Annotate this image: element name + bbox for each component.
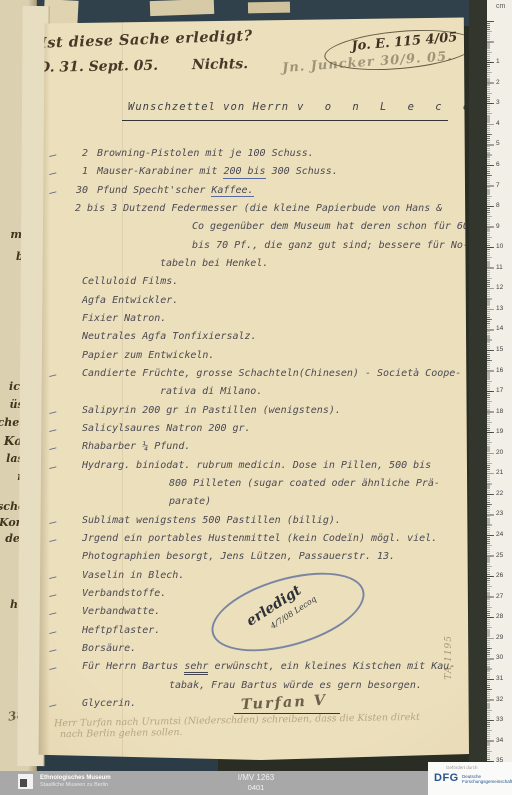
ruler-number: 5: [496, 140, 500, 147]
ruler-number: 28: [496, 613, 503, 620]
archive-footer-bar: Ethnologisches Museum Staatliche Museen …: [0, 771, 512, 795]
check-dash-mark: —: [47, 697, 57, 712]
ruler-cm-ticks: [487, 21, 494, 795]
ruler-number: 29: [496, 634, 503, 641]
handwritten-answer: D. 31. Sept. 05.Nichts.: [38, 56, 248, 76]
check-dash-mark: —: [47, 642, 57, 657]
ruler-number: 24: [496, 531, 503, 538]
typed-line: Celluloid Films.: [36, 276, 469, 294]
funder-credit: Gefördert durch DFG Deutsche Forschungsg…: [428, 762, 512, 795]
dfg-logo: DFG: [434, 772, 459, 784]
ruler-number: 23: [496, 510, 503, 517]
ruler-number: 15: [496, 346, 503, 353]
typed-line: —Salipyrin 200 gr in Pastillen (wenigste…: [36, 405, 469, 423]
typed-line: Fixier Natron.: [36, 313, 469, 331]
typed-text: Papier zum Entwickeln.: [82, 350, 214, 361]
typed-line: —Rhabarber ¼ Pfund.: [36, 441, 469, 459]
typed-text: tabak, Frau Bartus würde es gern besorge…: [169, 680, 422, 691]
pencil-note-line2: nach Berlin gehen sollen.: [60, 727, 183, 740]
handwritten-answer-date: D. 31. Sept. 05.: [38, 58, 158, 76]
check-dash-mark: —: [47, 166, 57, 181]
typed-text: Verbandwatte.: [82, 606, 160, 617]
typed-text: Heftpflaster.: [82, 625, 160, 636]
document-title: Wunschzettel von Herrnv o n L e c o q .: [128, 101, 512, 113]
check-dash-mark: —: [47, 459, 57, 474]
backdrop-gap-right: [469, 0, 487, 771]
item-quantity: 2: [62, 148, 88, 159]
check-dash-mark: —: [47, 367, 57, 382]
typed-line: —Jrgend ein portables Hustenmittel (kein…: [36, 533, 469, 551]
ruler-number: 16: [496, 367, 503, 374]
archival-scan: m—b –—nichtüs –che &Karllas –n ;tschenKo…: [0, 0, 512, 795]
check-dash-mark: —: [47, 404, 57, 419]
typed-text: Agfa Entwickler.: [82, 295, 178, 306]
check-dash-mark: —: [47, 422, 57, 437]
ruler-number: 3: [496, 99, 500, 106]
ruler-number: 8: [496, 202, 500, 209]
typed-line: —Für Herrn Bartus sehr erwünscht, ein kl…: [36, 661, 469, 679]
typed-line: tabeln bei Henkel.: [36, 258, 469, 276]
typed-line: —1Mauser-Karabiner mit 200 bis 300 Schus…: [36, 166, 469, 184]
ruler-number: 12: [496, 284, 503, 291]
ruler-unit-label: cm: [496, 3, 505, 10]
check-dash-mark: —: [47, 624, 57, 639]
ruler-number: 19: [496, 428, 503, 435]
ruler-number: 7: [496, 182, 500, 189]
title-underline: [122, 120, 448, 121]
ruler-number: 4: [496, 120, 500, 127]
typed-text: Salipyrin 200 gr in Pastillen (wenigsten…: [82, 405, 341, 416]
ruler-number: 33: [496, 716, 503, 723]
ruler-number: 32: [496, 696, 503, 703]
typed-text: bis 70 Pf., die ganz gut sind; bessere f…: [192, 240, 469, 251]
typed-line: —30Pfund Specht'scher Kaffee.: [36, 185, 469, 203]
ruler-number: 22: [496, 490, 503, 497]
typed-line: Co gegenüber dem Museum hat deren schon …: [36, 221, 469, 239]
typed-text: Photographien besorgt, Jens Lützen, Pass…: [82, 551, 395, 562]
funder-note: Gefördert durch: [446, 765, 478, 770]
typed-text: 800 Pilleten (sugar coated oder ähnliche…: [169, 478, 440, 489]
typed-text: tabeln bei Henkel.: [160, 258, 268, 269]
typed-text: parate): [169, 496, 211, 507]
funder-name-line2: Forschungsgemeinschaft: [462, 779, 512, 784]
check-dash-mark: —: [47, 514, 57, 529]
ruler-number: 21: [496, 469, 503, 476]
paper-tab: [150, 0, 214, 16]
typed-text: Borsäure.: [82, 643, 136, 654]
ruler-number: 20: [496, 449, 503, 456]
ruler-number: 6: [496, 161, 500, 168]
ruler-number: 30: [496, 654, 503, 661]
typed-text: Sublimat wenigstens 500 Pastillen (billi…: [82, 515, 341, 526]
typed-line: 2 bis 3 Dutzend Federmesser (die kleine …: [36, 203, 469, 221]
typed-line: Neutrales Agfa Tonfixiersalz.: [36, 331, 469, 349]
typed-text: rativa di Milano.: [160, 386, 262, 397]
typed-text: Hydrarg. biniodat. rubrum medicin. Dose …: [82, 460, 431, 471]
handwritten-question: Ist diese Sache erledigt?: [40, 27, 253, 51]
check-dash-mark: —: [47, 569, 57, 584]
typed-text: Celluloid Films.: [82, 276, 178, 287]
typed-line: bis 70 Pf., die ganz gut sind; bessere f…: [36, 240, 469, 258]
typed-text: Rhabarber ¼ Pfund.: [82, 441, 190, 452]
typed-line: —Hydrarg. biniodat. rubrum medicin. Dose…: [36, 460, 469, 478]
typed-line: —Sublimat wenigstens 500 Pastillen (bill…: [36, 515, 469, 533]
check-dash-mark: —: [47, 587, 57, 602]
typed-line: —Salicylsaures Natron 200 gr.: [36, 423, 469, 441]
ruler-number: 1: [496, 58, 500, 65]
paper-tab: [248, 2, 290, 14]
handwritten-answer-word: Nichts.: [192, 56, 248, 73]
item-quantity: 1: [62, 166, 88, 177]
ruler-number: 2: [496, 79, 500, 86]
typed-text: Glycerin.: [82, 698, 136, 709]
typed-text: 2 bis 3 Dutzend Federmesser (die kleine …: [75, 203, 442, 214]
ruler-number: 14: [496, 325, 503, 332]
ruler-number: 31: [496, 675, 503, 682]
typed-line: —2Browning-Pistolen mit je 100 Schuss.: [36, 148, 469, 166]
typed-line: Papier zum Entwickeln.: [36, 350, 469, 368]
typed-text: Fixier Natron.: [82, 313, 166, 324]
typed-line: Agfa Entwickler.: [36, 295, 469, 313]
ruler-number: 26: [496, 572, 503, 579]
erledigt-stamp: erledigt 4/7/08 Lecoq: [209, 578, 367, 646]
check-dash-mark: —: [47, 147, 57, 162]
typed-text: Co gegenüber dem Museum hat deren schon …: [192, 221, 469, 232]
typed-text: Verbandstoffe.: [82, 588, 166, 599]
check-dash-mark: —: [47, 441, 57, 456]
typed-line: —Candierte Früchte, grosse Schachteln(Ch…: [36, 368, 469, 386]
measurement-ruler: cm 1234567891011121314151617181920212223…: [487, 0, 512, 795]
funder-name: Deutsche Forschungsgemeinschaft: [462, 774, 512, 784]
document-page: Ist diese Sache erledigt? D. 31. Sept. 0…: [36, 13, 469, 760]
check-dash-mark: —: [47, 661, 57, 676]
ruler-number: 11: [496, 264, 503, 271]
typed-text: Für Herrn Bartus sehr erwünscht, ein kle…: [82, 661, 455, 672]
typed-text: Salicylsaures Natron 200 gr.: [82, 423, 251, 434]
typed-line: Photographien besorgt, Jens Lützen, Pass…: [36, 551, 469, 569]
vertical-archive-number: TA 1195: [444, 635, 454, 680]
typed-line: rativa di Milano.: [36, 386, 469, 404]
ruler-number: 34: [496, 737, 503, 744]
typed-text: Browning-Pistolen mit je 100 Schuss.: [97, 148, 314, 159]
ruler-number: 27: [496, 593, 503, 600]
typed-text: Candierte Früchte, grosse Schachteln(Chi…: [82, 368, 461, 379]
typed-text: Mauser-Karabiner mit 200 bis 300 Schuss.: [97, 166, 338, 177]
check-dash-mark: —: [47, 606, 57, 621]
ruler-number: 13: [496, 305, 503, 312]
item-quantity: 30: [62, 185, 88, 196]
typed-text: Pfund Specht'scher Kaffee.: [97, 185, 254, 196]
ruler-number: 17: [496, 387, 503, 394]
typed-line: 800 Pilleten (sugar coated oder ähnliche…: [36, 478, 469, 496]
typed-text: Jrgend ein portables Hustenmittel (kein …: [82, 533, 437, 544]
typed-text: Neutrales Agfa Tonfixiersalz.: [82, 331, 257, 342]
ruler-number: 10: [496, 243, 503, 250]
typed-line: parate): [36, 496, 469, 514]
ruler-number: 25: [496, 552, 503, 559]
ruler-number: 18: [496, 408, 503, 415]
typed-text: Vaselin in Blech.: [82, 570, 184, 581]
ruler-number: 9: [496, 223, 500, 230]
check-dash-mark: —: [47, 184, 57, 199]
check-dash-mark: —: [47, 532, 57, 547]
title-part1: Wunschzettel von Herrn: [128, 101, 289, 113]
